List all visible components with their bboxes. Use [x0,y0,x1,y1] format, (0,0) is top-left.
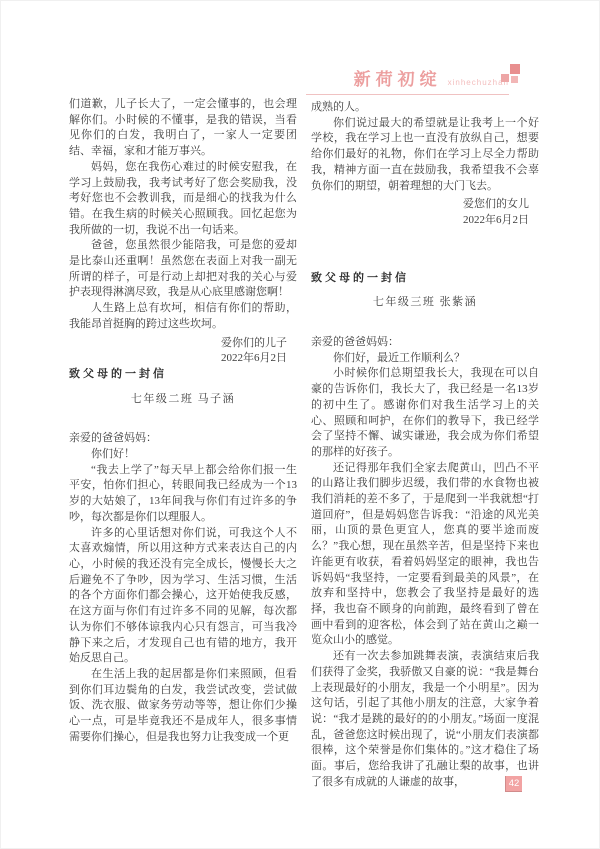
paragraph: 还记得那年我们全家去爬黄山，凹凸不平的山路让我们脚步迟缓，我们带的水食物也被我们… [311,461,539,649]
letter-author: 七年级三班 张紫涵 [311,295,539,311]
paragraph: 小时候你们总期望我长大，我现在可以自豪的告诉你们，我长大了，我已经是一名13岁的… [311,366,539,460]
left-column: 们道歉，儿子长大了，一定会懂事的，也会理解你们。小时候的不懂事，是我的错误，当看… [69,97,297,745]
paragraph-continuation: 们道歉，儿子长大了，一定会懂事的，也会理解你们。小时候的不懂事，是我的错误，当看… [69,97,297,160]
letter-title: 致父母的一封信 [311,271,539,287]
paragraph: 许多的心里话想对你们说，可我这个人不太喜欢煽情，所以用这种方式来表达自己的内心，… [69,526,297,667]
paragraph-mother: 妈妈，您在我伤心难过的时候安慰我，在学习上鼓励我，我考试考好了您会奖励我，没考好… [69,160,297,239]
paragraph-hope: 你们说过最大的希望就是让我考上一个好学校，我在学习上也一直没有放纵自己，想要给你… [311,116,539,195]
paragraph: 在生活上我的起居都是你们来照顾，但看到你们耳边鬓角的白发，我尝试改变，尝试做饭、… [69,667,297,746]
square-large [510,64,520,74]
signature-date: 2022年6月2日 [69,351,287,367]
square-small [511,76,518,83]
letter-author: 七年级二班 马子涵 [69,392,297,408]
brand-squares-icon [499,61,529,93]
paragraph-father: 爸爸，您虽然很少能陪我，可是您的爱却是比泰山还重啊！虽然您在表面上对我一副无所谓… [69,238,297,301]
salutation: 亲爱的爸爸妈妈： [311,335,539,351]
signature-name: 爱你们的儿子 [69,336,287,352]
paragraph-continuation: 成熟的人。 [311,100,539,116]
signature-block: 爱您们的女儿 2022年6月2日 [311,197,539,228]
signature-date: 2022年6月2日 [311,213,529,229]
letter-title: 致父母的一封信 [69,367,297,383]
brand-title: 新荷初绽 [354,70,442,89]
magazine-page: 新荷初绽 xinhechuzhan 们道歉，儿子长大了，一定会懂事的，也会理解你… [0,0,600,849]
right-column: 成熟的人。 你们说过最大的希望就是让我考上一个好学校，我在学习上也一直没有放纵自… [311,100,539,790]
square-medium [501,74,509,82]
signature-name: 爱您们的女儿 [311,197,529,213]
header-brand: 新荷初绽 xinhechuzhan [306,65,509,95]
greeting: 你们好！ [69,447,297,463]
paragraph-road: 人生路上总有坎坷，相信有你们的帮助，我能昂首挺胸的跨过这些坎坷。 [69,301,297,332]
greeting: 你们好，最近工作顺利么？ [311,351,539,367]
paragraph: “我去上学了”每天早上都会给你们报一生平安，怕你们担心，转眼间我已经成为一个13… [69,463,297,526]
salutation: 亲爱的爸爸妈妈： [69,431,297,447]
page-number-badge: 42 [505,776,522,792]
signature-block: 爱你们的儿子 2022年6月2日 [69,336,297,367]
paragraph: 还有一次去参加跳舞表演，表演结束后我们获得了金奖，我骄傲又自豪的说：“我是舞台上… [311,649,539,790]
